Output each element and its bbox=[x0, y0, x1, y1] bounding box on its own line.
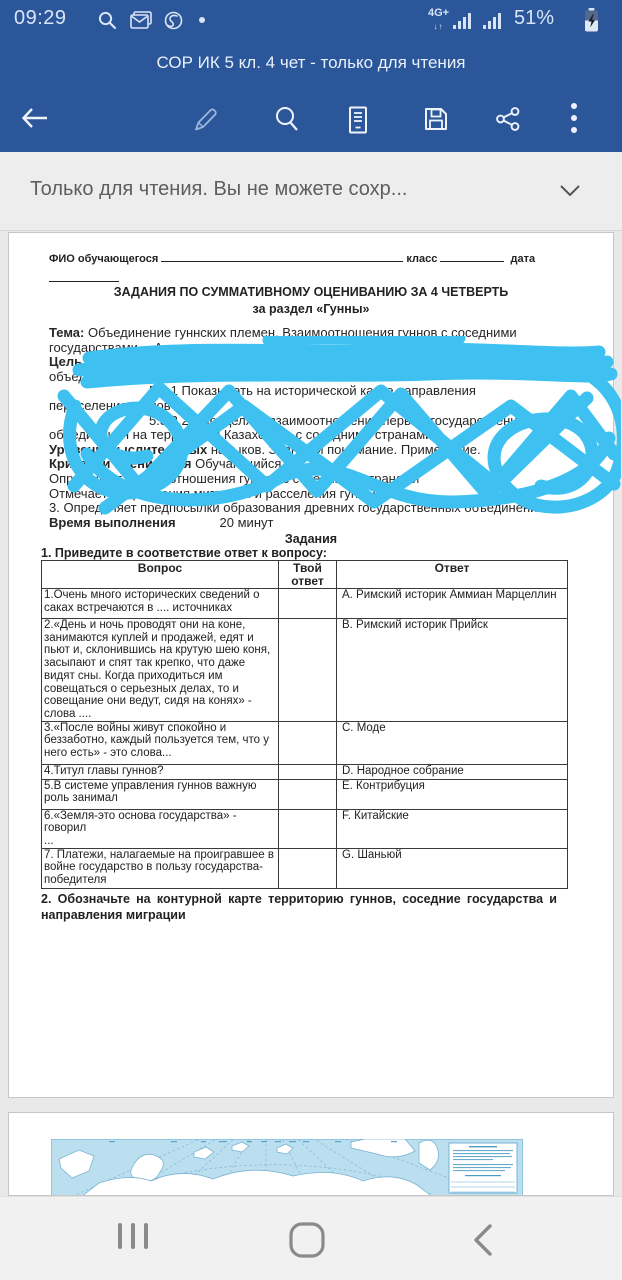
doc-title-line1: ЗАДАНИЯ ПО СУММАТИВНОМУ ОЦЕНИВАНИЮ ЗА 4 … bbox=[9, 285, 613, 299]
matching-table: Вопрос Твой ответ Ответ 1.Очень много ис… bbox=[41, 560, 568, 889]
student-name-line: ФИО обучающегося класс дата bbox=[49, 251, 535, 265]
task1-heading: 1. Приведите в соответствие ответ к вопр… bbox=[41, 546, 327, 560]
signal-icon bbox=[453, 12, 473, 34]
document-page-1: ФИО обучающегося класс дата ЗАДАНИЯ ПО С… bbox=[8, 232, 614, 1098]
contour-map bbox=[51, 1139, 523, 1196]
overflow-menu-icon[interactable] bbox=[570, 102, 578, 141]
tasks-heading: Задания bbox=[9, 532, 613, 546]
toolbar bbox=[0, 86, 622, 152]
table-row: 2.«День и ночь проводят они на коне, зан… bbox=[42, 619, 568, 722]
col-header-your-answer: Твой ответ bbox=[279, 561, 337, 589]
battery-percent: 51% bbox=[514, 7, 554, 30]
table-row: 6.«Земля-это основа государства» - говор… bbox=[42, 809, 568, 848]
table-row: 5.В системе управления гуннов важную рол… bbox=[42, 779, 568, 809]
search-icon bbox=[98, 11, 117, 35]
share-icon[interactable] bbox=[495, 106, 521, 137]
document-title: СОР ИК 5 кл. 4 чет - только для чтения bbox=[0, 40, 622, 86]
doc-title-line2: за раздел «Гунны» bbox=[9, 302, 613, 316]
document-page-2 bbox=[8, 1112, 614, 1196]
back-arrow-icon[interactable] bbox=[18, 104, 50, 137]
swirl-app-icon bbox=[164, 11, 183, 35]
readonly-message: Только для чтения. Вы не можете сохр... bbox=[30, 178, 407, 201]
table-row: 1.Очень много исторических сведений о са… bbox=[42, 589, 568, 619]
table-row: 3.«После войны живут спокойно и беззабот… bbox=[42, 721, 568, 764]
table-row: 4.Титул главы гуннов? D. Народное собран… bbox=[42, 764, 568, 779]
edit-pencil-icon[interactable] bbox=[192, 106, 219, 138]
task2-text: 2. Обозначьте на контурной карте террито… bbox=[41, 892, 557, 923]
network-4g-icon: 4G+ ↓↑ bbox=[428, 6, 449, 32]
save-icon[interactable] bbox=[423, 106, 449, 137]
battery-charging-icon bbox=[584, 8, 599, 38]
back-icon[interactable] bbox=[470, 1221, 494, 1264]
chevron-down-icon[interactable] bbox=[560, 184, 580, 202]
home-icon[interactable] bbox=[288, 1221, 326, 1264]
clock: 09:29 bbox=[14, 7, 67, 30]
table-header-row: Вопрос Твой ответ Ответ bbox=[42, 561, 568, 589]
col-header-question: Вопрос bbox=[42, 561, 279, 589]
phone-screen: 09:29 4G+ ↓↑ 51% СОР ИК 5 кл. 4 чет - то… bbox=[0, 0, 622, 1280]
recents-icon[interactable] bbox=[118, 1223, 148, 1249]
col-header-answer: Ответ bbox=[337, 561, 568, 589]
status-bar: 09:29 4G+ ↓↑ 51% bbox=[0, 0, 622, 40]
mobile-view-icon[interactable] bbox=[346, 106, 370, 139]
table-row: 7. Платежи, налагаемые на проигравшее в … bbox=[42, 848, 568, 888]
search-icon[interactable] bbox=[274, 106, 300, 137]
ink-scribble-annotation bbox=[39, 336, 621, 528]
android-nav-bar bbox=[0, 1196, 622, 1280]
signal-icon bbox=[483, 12, 503, 34]
mail-icon bbox=[130, 11, 152, 34]
readonly-banner[interactable]: Только для чтения. Вы не можете сохр... bbox=[0, 152, 622, 231]
notification-dot bbox=[199, 17, 205, 23]
app-title-bar: СОР ИК 5 кл. 4 чет - только для чтения bbox=[0, 40, 622, 86]
document-area[interactable]: ФИО обучающегося класс дата ЗАДАНИЯ ПО С… bbox=[0, 231, 622, 1196]
